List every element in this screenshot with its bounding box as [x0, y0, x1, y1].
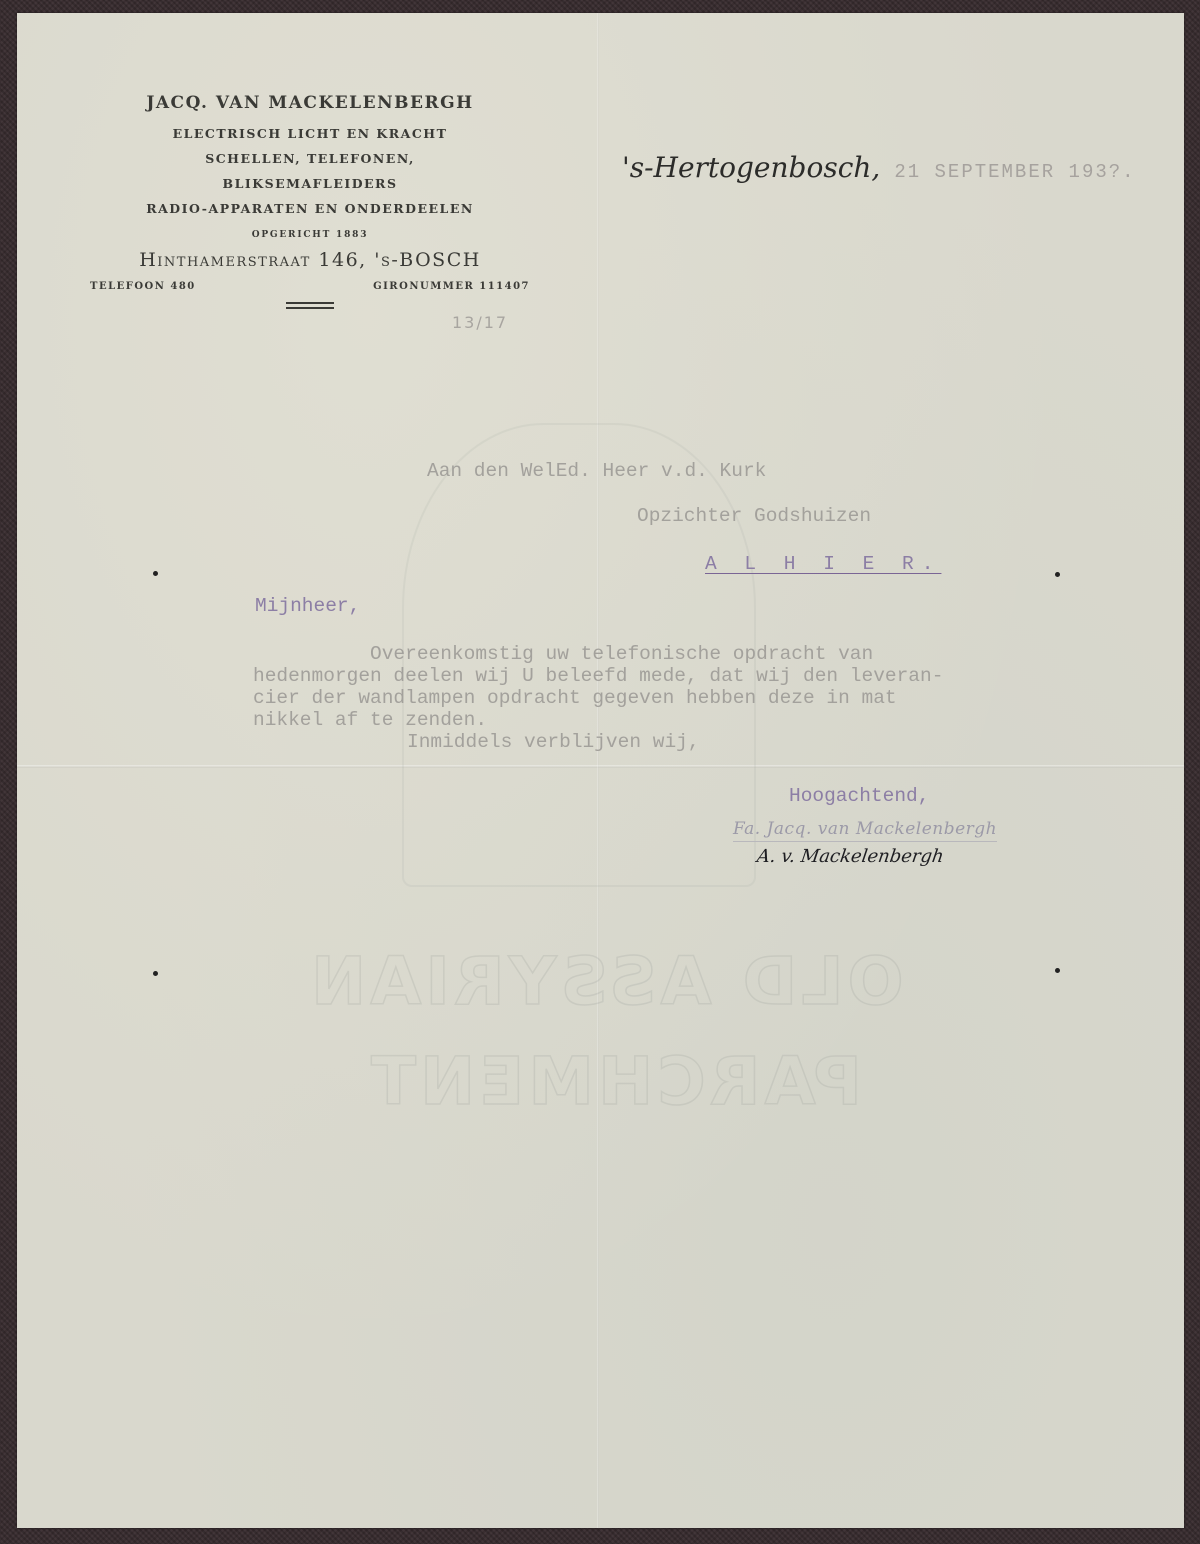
- handwritten-signature: A. v. Mackelenbergh: [756, 846, 946, 867]
- letterhead: JACQ. VAN MACKELENBERGH ELECTRISCH LICHT…: [90, 93, 530, 309]
- service-line: SCHELLEN, TELEFONEN,: [90, 146, 530, 171]
- company-address: Hinthamerstraat 146, 's-BOSCH: [90, 245, 530, 275]
- addressee-line-3: A L H I E R.: [705, 553, 941, 575]
- letter-date: 21 SEPTEMBER 193?.: [894, 161, 1135, 183]
- salutation: Mijnheer,: [255, 595, 360, 617]
- closing-line: Inmiddels verblijven wij,: [407, 731, 700, 753]
- company-name: JACQ. VAN MACKELENBERGH: [90, 93, 530, 113]
- addressee-line-2: Opzichter Godshuizen: [637, 505, 871, 527]
- founded-year: OPGERICHT 1883: [90, 225, 530, 245]
- dateline: 's-Hertogenbosch, 21 SEPTEMBER 193?.: [622, 151, 1136, 184]
- addressee-line-1: Aan den WelEd. Heer v.d. Kurk: [427, 460, 766, 482]
- service-line: RADIO-APPARATEN EN ONDERDEELEN: [90, 196, 530, 221]
- body-line: nikkel af te zenden.: [253, 709, 487, 731]
- punch-hole: [153, 571, 158, 576]
- watermark-line-1: OLD ASSYRIAN: [307, 943, 904, 1020]
- punch-hole: [1055, 572, 1060, 577]
- contact-row: TELEFOON 480 GIRONUMMER 111407: [90, 281, 530, 292]
- company-stamp: Fa. Jacq. van Mackelenbergh: [733, 819, 997, 842]
- double-rule: [286, 302, 334, 309]
- body-line: Overeenkomstig uw telefonische opdracht …: [253, 643, 873, 665]
- service-line: BLIKSEMAFLEIDERS: [90, 171, 530, 196]
- body-line: cier der wandlampen opdracht gegeven heb…: [253, 687, 897, 709]
- place-name: 's-Hertogenbosch,: [622, 151, 880, 184]
- pencil-annotation: 13/17: [452, 313, 508, 332]
- punch-hole: [153, 971, 158, 976]
- letter-sheet: OLD ASSYRIAN PARCHMENT JACQ. VAN MACKELE…: [17, 13, 1184, 1528]
- punch-hole: [1055, 968, 1060, 973]
- watermark-line-2: PARCHMENT: [367, 1043, 862, 1120]
- body-line: hedenmorgen deelen wij U beleefd mede, d…: [253, 665, 943, 687]
- giro-number: GIRONUMMER 111407: [373, 281, 530, 292]
- closing-salutation: Hoogachtend,: [789, 785, 929, 807]
- telephone-number: TELEFOON 480: [90, 281, 196, 292]
- service-line: ELECTRISCH LICHT EN KRACHT: [90, 121, 530, 146]
